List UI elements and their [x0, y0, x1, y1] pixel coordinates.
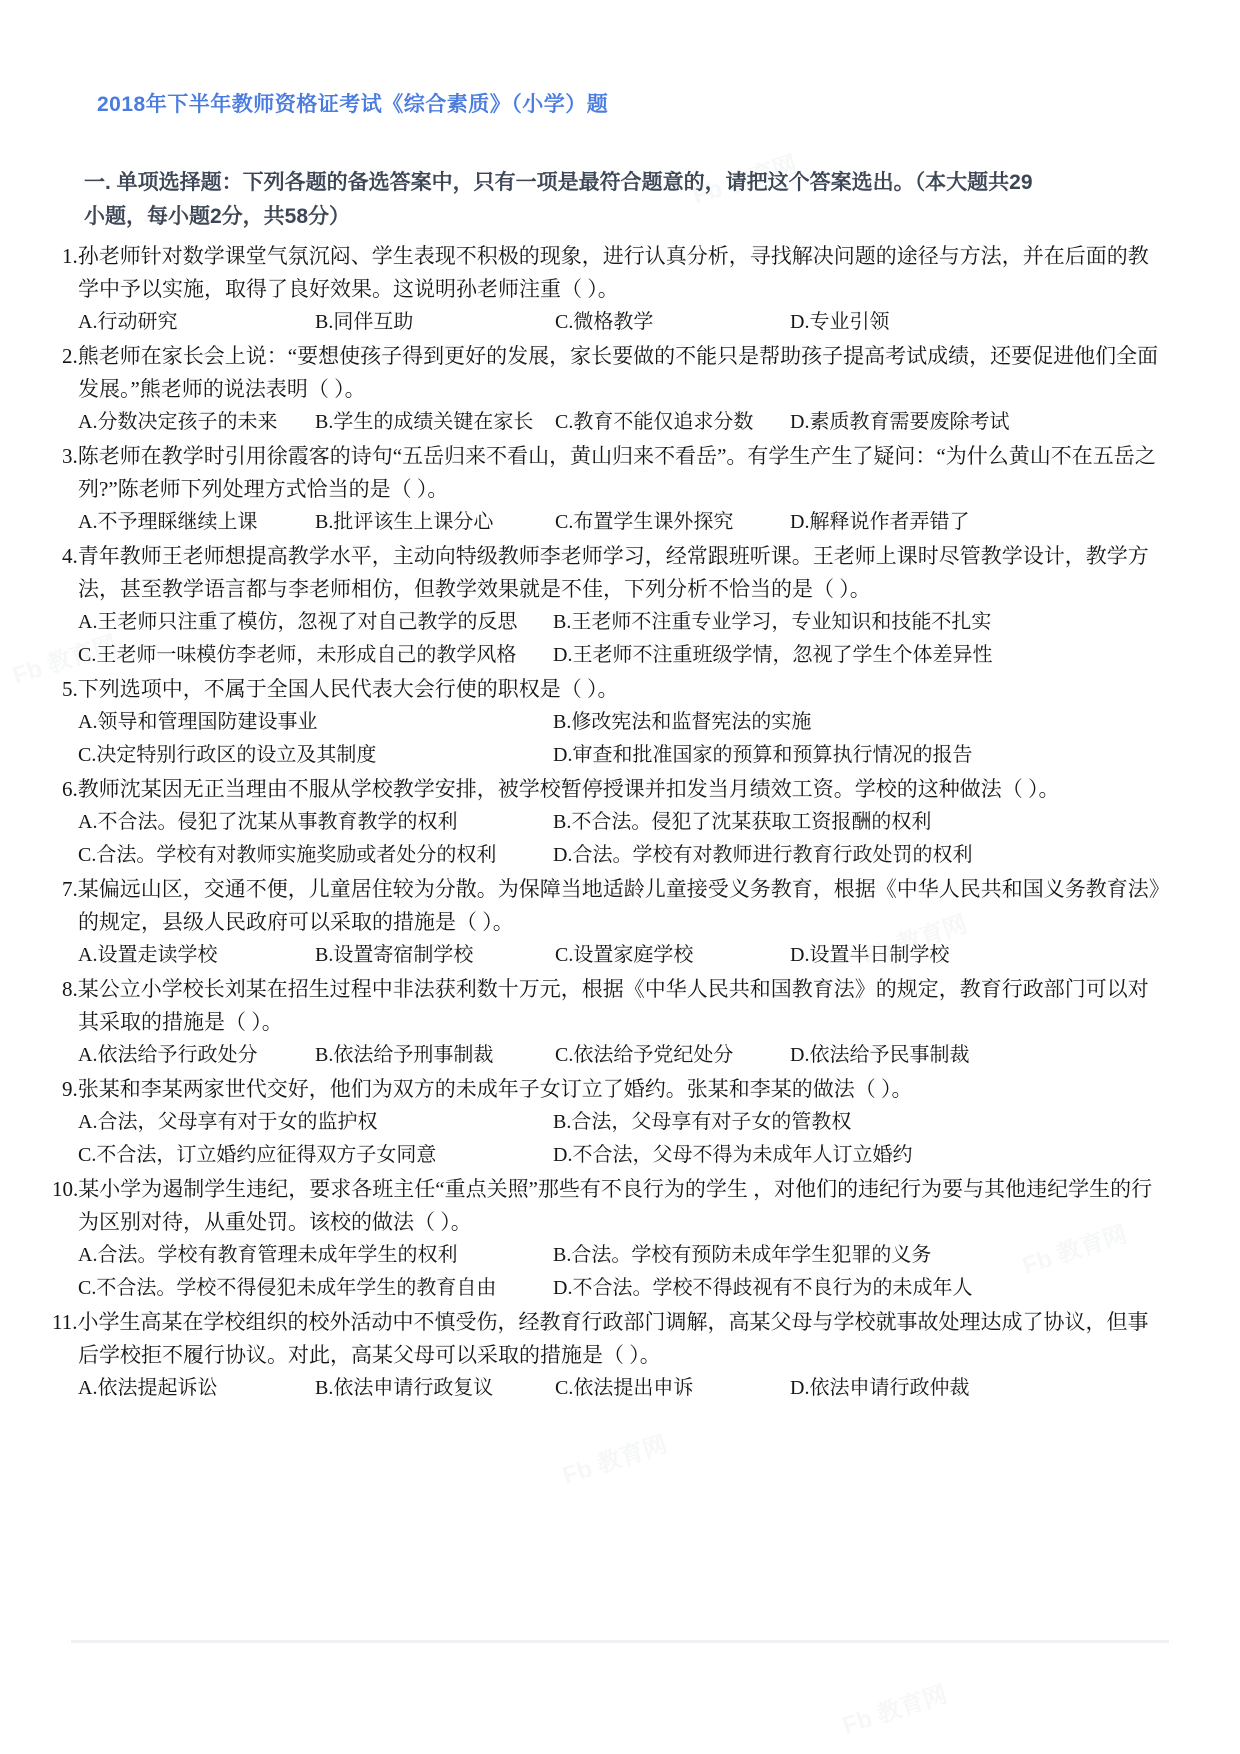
question-item: 8.某公立小学校长刘某在招生过程中非法获利数十万元，根据《中华人民共和国教育法》… [78, 973, 1168, 1072]
option-b: B.依法给予刑事制裁 [315, 1039, 555, 1072]
question-text: 孙老师针对数学课堂气氛沉闷、学生表现不积极的现象，进行认真分析，寻找解决问题的途… [78, 244, 1149, 301]
option-c: C.教育不能仅追求分数 [555, 406, 790, 439]
option-a: A.行动研究 [78, 306, 315, 339]
option-c: C.王老师一味模仿李老师，未形成自己的教学风格 [78, 639, 553, 672]
question-item: 1.孙老师针对数学课堂气氛沉闷、学生表现不积极的现象，进行认真分析，寻找解决问题… [78, 240, 1168, 339]
option-d: D.王老师不注重班级学情，忽视了学生个体差异性 [553, 639, 1168, 672]
question-stem: 11.小学生高某在学校组织的校外活动中不慎受伤，经教育行政部门调解，高某父母与学… [78, 1306, 1168, 1372]
question-text: 某公立小学校长刘某在招生过程中非法获利数十万元，根据《中华人民共和国教育法》的规… [78, 977, 1149, 1034]
option-b: B.修改宪法和监督宪法的实施 [553, 706, 1168, 739]
question-stem: 6.教师沈某因无正当理由不服从学校教学安排，被学校暂停授课并扣发当月绩效工资。学… [78, 773, 1168, 806]
question-item: 6.教师沈某因无正当理由不服从学校教学安排，被学校暂停授课并扣发当月绩效工资。学… [78, 773, 1168, 872]
section-heading: 一. 单项选择题：下列各题的备选答案中，只有一项是最符合题意的，请把这个答案选出… [84, 166, 1042, 234]
option-a: A.依法提起诉讼 [78, 1372, 315, 1405]
option-d: D.设置半日制学校 [790, 939, 1168, 972]
question-options: A.不予理睬继续上课B.批评该生上课分心C.布置学生课外探究D.解释说作者弄错了 [78, 506, 1168, 539]
question-item: 10.某小学为遏制学生违纪，要求各班主任“重点关照”那些有不良行为的学生 ，对他… [78, 1173, 1168, 1305]
page-title: 2018年下半年教师资格证考试《综合素质》（小学）题 [97, 88, 608, 118]
option-c: C.合法。学校有对教师实施奖励或者处分的权利 [78, 839, 553, 872]
option-c: C.不合法。学校不得侵犯未成年学生的教育自由 [78, 1272, 553, 1305]
option-c: C.依法给予党纪处分 [555, 1039, 790, 1072]
question-item: 4.青年教师王老师想提高教学水平，主动向特级教师李老师学习，经常跟班听课。王老师… [78, 540, 1168, 672]
option-c: C.依法提出申诉 [555, 1372, 790, 1405]
question-stem: 10.某小学为遏制学生违纪，要求各班主任“重点关照”那些有不良行为的学生 ，对他… [78, 1173, 1168, 1239]
option-b: B.王老师不注重专业学习，专业知识和技能不扎实 [553, 606, 1168, 639]
bottom-divider [71, 1640, 1169, 1643]
question-options: A.依法提起诉讼B.依法申请行政复议C.依法提出申诉D.依法申请行政仲裁 [78, 1372, 1168, 1405]
exam-document-page: 2018年下半年教师资格证考试《综合素质》（小学）题 一. 单项选择题：下列各题… [0, 0, 1240, 1754]
option-d: D.解释说作者弄错了 [790, 506, 1168, 539]
option-c: C.布置学生课外探究 [555, 506, 790, 539]
question-text: 张某和李某两家世代交好，他们为双方的未成年子女订立了婚约。张某和李某的做法（ ）… [78, 1077, 913, 1101]
option-a: A.不予理睬继续上课 [78, 506, 315, 539]
question-number: 1. [62, 244, 78, 268]
option-c: C.决定特别行政区的设立及其制度 [78, 739, 553, 772]
question-options: A.行动研究B.同伴互助C.微格教学D.专业引领 [78, 306, 1168, 339]
question-number: 3. [62, 444, 78, 468]
question-text: 某偏远山区，交通不便，儿童居住较为分散。为保障当地适龄儿童接受义务教育，根据《中… [78, 877, 1160, 934]
option-a: A.领导和管理国防建设事业 [78, 706, 553, 739]
option-a: A.王老师只注重了模仿，忽视了对自己教学的反思 [78, 606, 553, 639]
question-options: A.领导和管理国防建设事业B.修改宪法和监督宪法的实施C.决定特别行政区的设立及… [78, 706, 1168, 772]
option-d: D.不合法。学校不得歧视有不良行为的未成年人 [553, 1272, 1168, 1305]
option-a: A.合法。学校有教育管理未成年学生的权利 [78, 1239, 553, 1272]
question-number: 7. [62, 877, 78, 901]
question-number: 5. [62, 677, 78, 701]
option-d: D.素质教育需要废除考试 [790, 406, 1168, 439]
question-stem: 4.青年教师王老师想提高教学水平，主动向特级教师李老师学习，经常跟班听课。王老师… [78, 540, 1168, 606]
question-text: 某小学为遏制学生违纪，要求各班主任“重点关照”那些有不良行为的学生 ，对他们的违… [78, 1177, 1152, 1234]
question-number: 11. [52, 1310, 77, 1334]
option-b: B.设置寄宿制学校 [315, 939, 555, 972]
question-text: 教师沈某因无正当理由不服从学校教学安排，被学校暂停授课并扣发当月绩效工资。学校的… [78, 777, 1060, 801]
question-stem: 2.熊老师在家长会上说：“要想使孩子得到更好的发展，家长要做的不能只是帮助孩子提… [78, 340, 1168, 406]
watermark: Fb 教育网 [837, 1674, 951, 1741]
question-stem: 3.陈老师在教学时引用徐霞客的诗句“五岳归来不看山，黄山归来不看岳”。有学生产生… [78, 440, 1168, 506]
question-options: A.王老师只注重了模仿，忽视了对自己教学的反思B.王老师不注重专业学习，专业知识… [78, 606, 1168, 672]
option-d: D.合法。学校有对教师进行教育行政处罚的权利 [553, 839, 1168, 872]
option-a: A.不合法。侵犯了沈某从事教育教学的权利 [78, 806, 553, 839]
question-number: 6. [62, 777, 78, 801]
option-b: B.同伴互助 [315, 306, 555, 339]
question-text: 熊老师在家长会上说：“要想使孩子得到更好的发展，家长要做的不能只是帮助孩子提高考… [78, 344, 1158, 401]
option-d: D.不合法，父母不得为未成年人订立婚约 [553, 1139, 1168, 1172]
option-a: A.设置走读学校 [78, 939, 315, 972]
question-options: A.不合法。侵犯了沈某从事教育教学的权利B.不合法。侵犯了沈某获取工资报酬的权利… [78, 806, 1168, 872]
question-options: A.依法给予行政处分B.依法给予刑事制裁C.依法给予党纪处分D.依法给予民事制裁 [78, 1039, 1168, 1072]
option-a: A.依法给予行政处分 [78, 1039, 315, 1072]
question-stem: 1.孙老师针对数学课堂气氛沉闷、学生表现不积极的现象，进行认真分析，寻找解决问题… [78, 240, 1168, 306]
question-text: 下列选项中，不属于全国人民代表大会行使的职权是（ ）。 [78, 677, 619, 701]
question-text: 陈老师在教学时引用徐霞客的诗句“五岳归来不看山，黄山归来不看岳”。有学生产生了疑… [78, 444, 1156, 501]
watermark: Fb 教育网 [557, 1424, 671, 1491]
question-item: 5.下列选项中，不属于全国人民代表大会行使的职权是（ ）。 A.领导和管理国防建… [78, 673, 1168, 772]
question-stem: 9.张某和李某两家世代交好，他们为双方的未成年子女订立了婚约。张某和李某的做法（… [78, 1073, 1168, 1106]
question-number: 4. [62, 544, 78, 568]
option-d: D.依法申请行政仲裁 [790, 1372, 1168, 1405]
option-b: B.批评该生上课分心 [315, 506, 555, 539]
option-b: B.合法。学校有预防未成年学生犯罪的义务 [553, 1239, 1168, 1272]
option-c: C.设置家庭学校 [555, 939, 790, 972]
question-options: A.合法，父母享有对于女的监护权B.合法，父母享有对子女的管教权C.不合法，订立… [78, 1106, 1168, 1172]
question-item: 2.熊老师在家长会上说：“要想使孩子得到更好的发展，家长要做的不能只是帮助孩子提… [78, 340, 1168, 439]
option-c: C.不合法，订立婚约应征得双方子女同意 [78, 1139, 553, 1172]
option-a: A.分数决定孩子的未来 [78, 406, 315, 439]
question-text: 青年教师王老师想提高教学水平，主动向特级教师李老师学习，经常跟班听课。王老师上课… [78, 544, 1149, 601]
question-stem: 5.下列选项中，不属于全国人民代表大会行使的职权是（ ）。 [78, 673, 1168, 706]
option-a: A.合法，父母享有对于女的监护权 [78, 1106, 553, 1139]
question-options: A.合法。学校有教育管理未成年学生的权利B.合法。学校有预防未成年学生犯罪的义务… [78, 1239, 1168, 1305]
option-b: B.学生的成绩关键在家长 [315, 406, 555, 439]
question-options: A.设置走读学校B.设置寄宿制学校C.设置家庭学校D.设置半日制学校 [78, 939, 1168, 972]
question-stem: 7.某偏远山区，交通不便，儿童居住较为分散。为保障当地适龄儿童接受义务教育，根据… [78, 873, 1168, 939]
question-number: 2. [62, 344, 78, 368]
question-item: 3.陈老师在教学时引用徐霞客的诗句“五岳归来不看山，黄山归来不看岳”。有学生产生… [78, 440, 1168, 539]
option-d: D.审查和批准国家的预算和预算执行情况的报告 [553, 739, 1168, 772]
option-b: B.依法申请行政复议 [315, 1372, 555, 1405]
question-item: 9.张某和李某两家世代交好，他们为双方的未成年子女订立了婚约。张某和李某的做法（… [78, 1073, 1168, 1172]
question-item: 7.某偏远山区，交通不便，儿童居住较为分散。为保障当地适龄儿童接受义务教育，根据… [78, 873, 1168, 972]
question-list: 1.孙老师针对数学课堂气氛沉闷、学生表现不积极的现象，进行认真分析，寻找解决问题… [0, 240, 1240, 1406]
option-d: D.依法给予民事制裁 [790, 1039, 1168, 1072]
question-text: 小学生高某在学校组织的校外活动中不慎受伤，经教育行政部门调解，高某父母与学校就事… [77, 1310, 1148, 1367]
option-c: C.微格教学 [555, 306, 790, 339]
option-d: D.专业引领 [790, 306, 1168, 339]
question-item: 11.小学生高某在学校组织的校外活动中不慎受伤，经教育行政部门调解，高某父母与学… [78, 1306, 1168, 1405]
question-stem: 8.某公立小学校长刘某在招生过程中非法获利数十万元，根据《中华人民共和国教育法》… [78, 973, 1168, 1039]
option-b: B.合法，父母享有对子女的管教权 [553, 1106, 1168, 1139]
question-number: 8. [62, 977, 78, 1001]
option-b: B.不合法。侵犯了沈某获取工资报酬的权利 [553, 806, 1168, 839]
question-options: A.分数决定孩子的未来B.学生的成绩关键在家长C.教育不能仅追求分数D.素质教育… [78, 406, 1168, 439]
question-number: 10. [52, 1177, 78, 1201]
question-number: 9. [62, 1077, 78, 1101]
